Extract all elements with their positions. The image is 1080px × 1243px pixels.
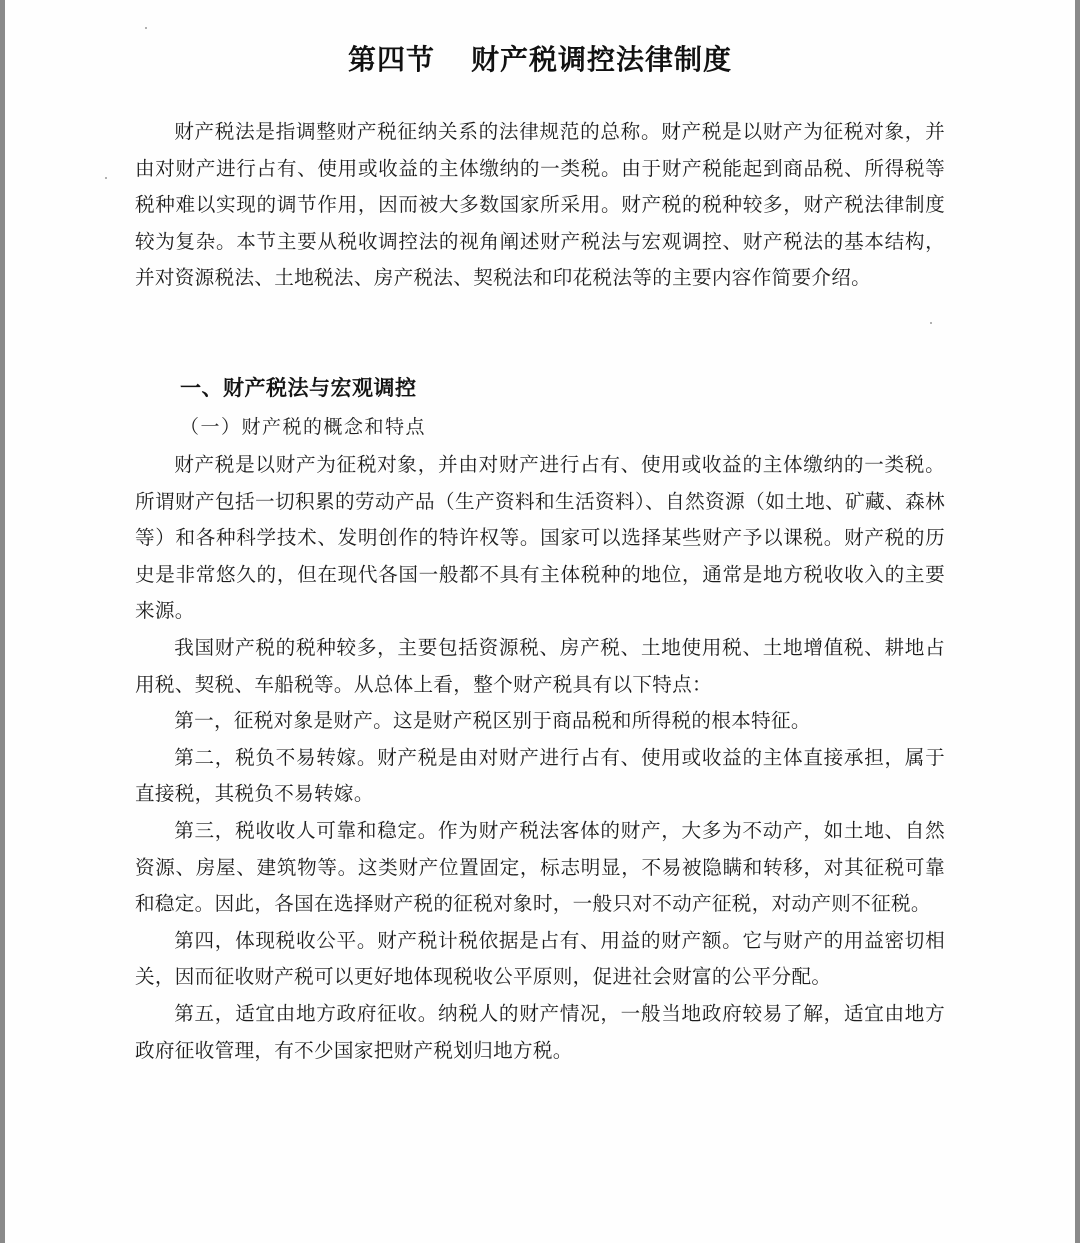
paragraph-feature-3: 第三，税收收人可靠和稳定。作为财产税法客体的财产，大多为不动产，如土地、自然资源…	[135, 813, 945, 923]
scan-speck	[930, 322, 932, 324]
section-title-text: 财产税调控法律制度	[471, 43, 732, 76]
paragraph-concept: 财产税是以财产为征税对象，并由对财产进行占有、使用或收益的主体缴纳的一类税。所谓…	[135, 447, 945, 630]
paragraph-feature-5: 第五，适宜由地方政府征收。纳税人的财产情况，一般当地政府较易了解，适宜由地方政府…	[135, 996, 945, 1069]
heading-1: 一、财产税法与宏观调控	[180, 372, 417, 402]
paragraph-feature-4: 第四，体现税收公平。财产税计税依据是占有、用益的财产额。它与财产的用益密切相关，…	[135, 923, 945, 996]
scan-speck	[105, 177, 107, 179]
section-number: 第四节	[348, 43, 435, 76]
section-title: 第四节财产税调控法律制度	[0, 38, 1080, 78]
intro-block: 财产税法是指调整财产税征纳关系的法律规范的总称。财产税是以财产为征税对象，并由对…	[135, 114, 945, 297]
intro-paragraph: 财产税法是指调整财产税征纳关系的法律规范的总称。财产税是以财产为征税对象，并由对…	[135, 114, 945, 297]
paragraph-feature-1: 第一，征税对象是财产。这是财产税区别于商品税和所得税的根本特征。	[135, 703, 945, 740]
scan-speck	[145, 27, 147, 29]
body-block: 财产税是以财产为征税对象，并由对财产进行占有、使用或收益的主体缴纳的一类税。所谓…	[135, 447, 945, 1069]
heading-2: （一）财产税的概念和特点	[180, 412, 426, 439]
paragraph-tax-types: 我国财产税的税种较多，主要包括资源税、房产税、土地使用税、土地增值税、耕地占用税…	[135, 630, 945, 703]
paragraph-feature-2: 第二，税负不易转嫁。财产税是由对财产进行占有、使用或收益的主体直接承担，属于直接…	[135, 740, 945, 813]
